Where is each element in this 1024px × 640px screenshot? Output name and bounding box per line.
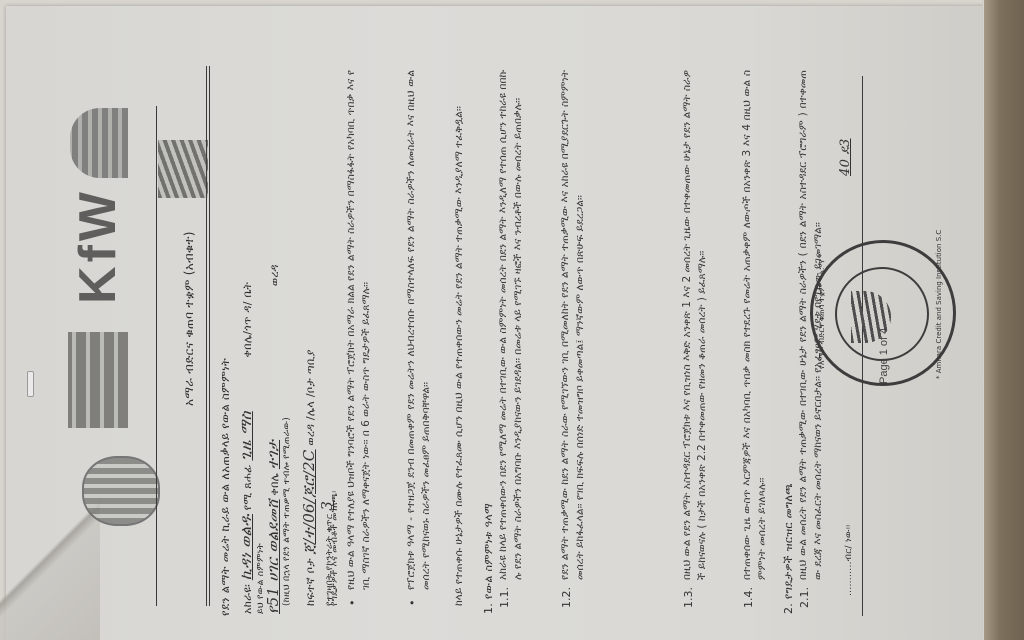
table-surface bbox=[984, 0, 1024, 640]
header-divider bbox=[156, 106, 157, 606]
document-content: KfW አማራ ብድርና ቁጠባ ተቋም (አብቁተ) የደን ልማት መሬት … bbox=[20, 36, 920, 636]
clause-2-1-end-line: ...........ብር/ ነው፡፡ bbox=[844, 524, 854, 596]
stamp-text-top: የአማራ ብድርና ቁጠባ ተቋም * አ.ማ * bbox=[817, 253, 827, 369]
form-line-3: ከፍተኛ ቦታ ጀ/ተ/06/ጆሮ/2C ወረዳ /ሌላ /ቦታ ጣቢያ bbox=[300, 349, 318, 606]
national-emblem-seal-icon bbox=[82, 456, 160, 526]
kebele-handwritten: ተገታ bbox=[264, 440, 282, 469]
lessee-note: (ከዚህ በኋላ የደን ልማት ተጠቃሚ ተብሎ የሚጠራው) bbox=[282, 417, 292, 606]
clause-1-4-text: በተጠቀሰው ጊዜ ውስጥ እርምጃዎች እና በአካባቢ ጥበቃ መስክ የተ… bbox=[740, 70, 770, 580]
page-number: Page 1 of 4 bbox=[878, 328, 890, 384]
section-2-title: 2. የግዴታዎች ዝርዝር መግለጫ bbox=[782, 483, 796, 614]
location-end: ወረዳ /ሌላ /ቦታ ጣቢያ bbox=[304, 349, 317, 445]
paragraph-1: የዚህ ውል ዓላማ የተለያዩ ህዝቦች ግንባሮች የደን ልማት ፕሮጀክ… bbox=[344, 70, 374, 590]
intro-heading: የግዴታዎች እና መብቶች መገለጫ፡ bbox=[330, 490, 340, 606]
clause-1-4-number: 1.4. bbox=[742, 587, 755, 608]
location-code-handwritten: ጀ/ተ/06/ጆሮ/2C bbox=[300, 449, 318, 554]
lessee-name-handwritten: የ51 ሀገር ወልደመሸ bbox=[264, 499, 282, 614]
acsi-logo-icon bbox=[158, 140, 208, 198]
stamp-text-bottom: * Amhara Credit and Saving Institution S… bbox=[935, 230, 943, 379]
clause-2-1-number: 2.1. bbox=[798, 587, 811, 608]
clause-1-2-number: 1.2. bbox=[560, 587, 573, 608]
form-line-2: የ51 ሀገር ወልደመሸ ቀበሌ ተገታ ወረዳ bbox=[264, 264, 282, 614]
form-line-1: አከራዩ፡ ኪዳነ ወልዱ የሚ ጸሐፊ ጊዜ ማስ ቀበሌ/ጎጥ ዳ/ ቤት bbox=[237, 282, 255, 614]
paragraph-2: የፕሮጀክቱ ዓላማ - የተዘጋጀ ደንብ በመጠቀም የደን መሬትን ለህ… bbox=[404, 70, 434, 590]
clause-1-3-number: 1.3. bbox=[682, 587, 695, 608]
title-divider-double bbox=[209, 66, 210, 606]
arch-logo-icon bbox=[70, 108, 128, 178]
lessor-label: አከራዩ፡ bbox=[241, 584, 254, 614]
bullet-2: • bbox=[406, 600, 419, 607]
clause-1-1-number: 1.1. bbox=[498, 587, 511, 608]
margin-handwritten-note: 40 ደ3 bbox=[838, 138, 853, 176]
line1-end: ቀበሌ/ጎጥ ዳ/ ቤት bbox=[241, 282, 254, 358]
section-1-title: 1. የውል ስምምነቱ ዓላማ bbox=[482, 503, 496, 614]
line2-end: ወረዳ bbox=[268, 264, 281, 286]
location-label: ከፍተኛ ቦታ bbox=[304, 558, 317, 606]
kfw-logo: KfW bbox=[68, 186, 128, 306]
clause-1-1-text: አከራዩ ከላይ የተጠቀሰውን በደን የሚለማ መሬት በተገቢው ውል ስ… bbox=[496, 70, 526, 580]
clause-1-2-text: የደን ልማት ተጠቃሚው ከደን ልማት ስራው የሚገኘውን ገቢ በሚመለ… bbox=[558, 70, 588, 580]
paragraph-3: ከላይ የተጠቀሱ ሁኔታዎች በሙሉ የተፈጸሙ ሲሆን በዚህ ውል የተጠ… bbox=[452, 70, 467, 606]
line1-mid: የሚ ጸሐፊ bbox=[241, 464, 254, 510]
bullet-1: • bbox=[346, 600, 359, 607]
line1-handwritten-2: ጊዜ ማስ bbox=[237, 411, 255, 460]
line2-mid: ቀበሌ bbox=[268, 473, 281, 496]
lessor-name-handwritten: ኪዳነ ወልዱ bbox=[237, 514, 255, 580]
clause-1-3-text: በዚህ ውል የደን ልማት አስተዳደር ፕሮጀክቱ እና የቢዝነስ እቅድ… bbox=[680, 70, 710, 580]
form-subtitle: የደን ልማት መሬት ኪራይ ውል ለአጠቃላይ የውል ስምምነት bbox=[218, 358, 233, 616]
institution-title: አማራ ብድርና ቁጠባ ተቋም (አብቁተ) bbox=[182, 231, 197, 406]
title-divider bbox=[206, 66, 207, 606]
building-logo-icon bbox=[68, 332, 128, 428]
